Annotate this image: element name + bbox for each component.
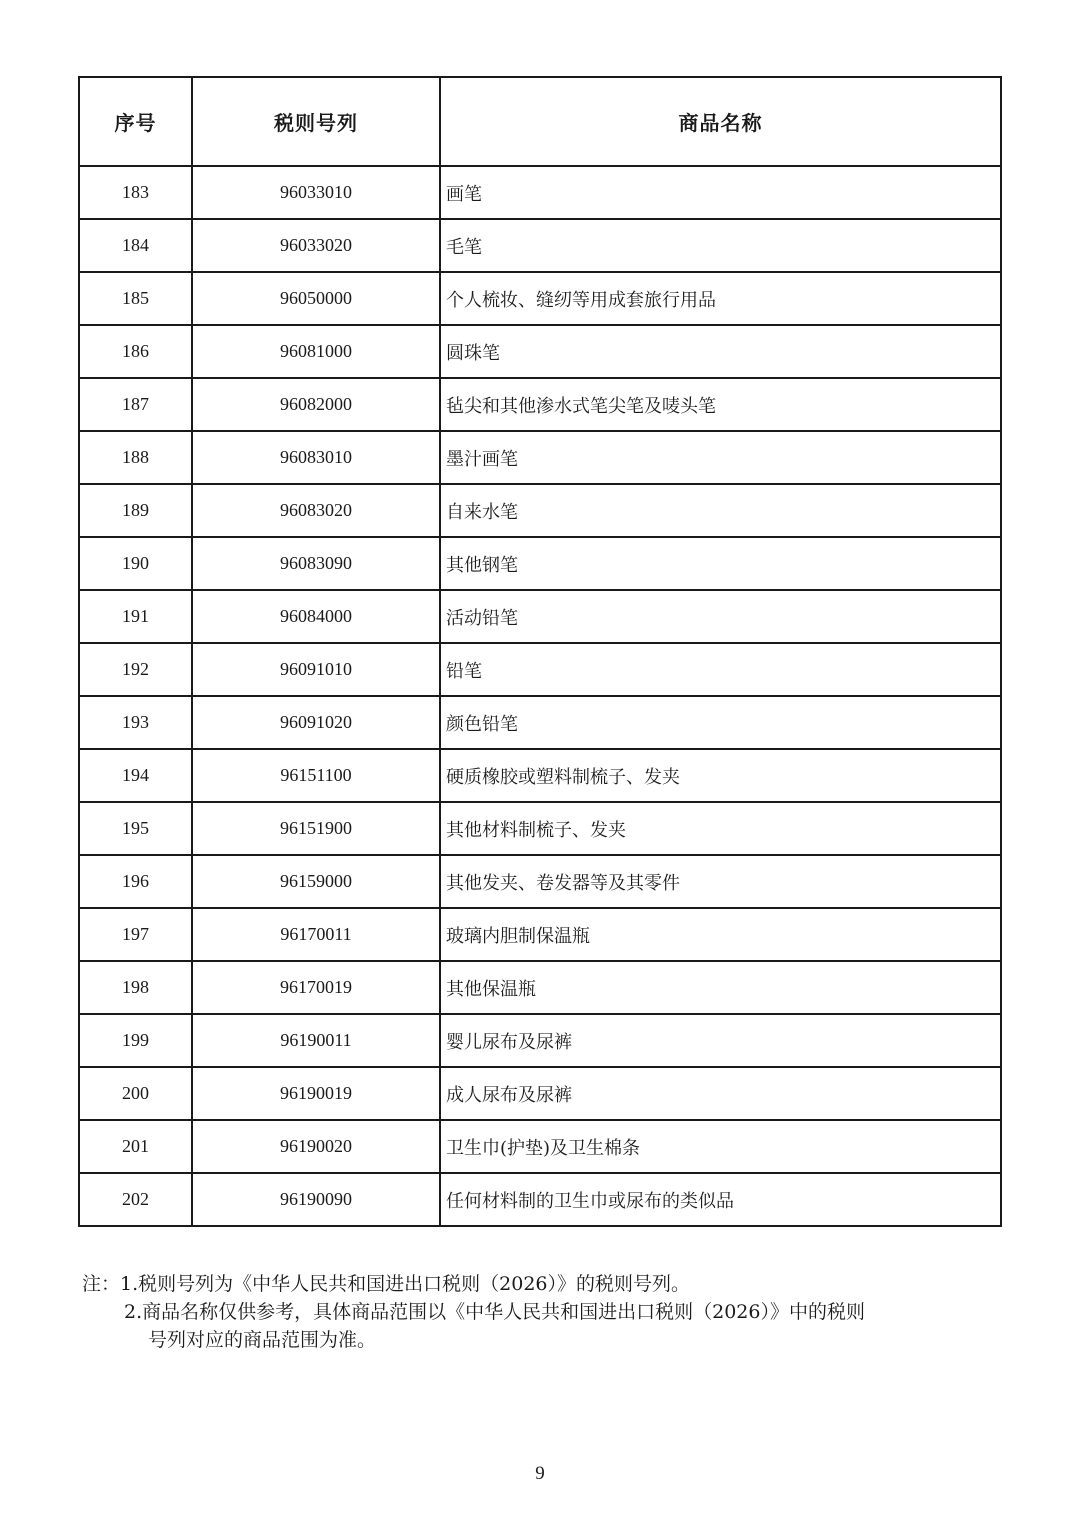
tariff-code-cell: 96084000 xyxy=(192,590,440,643)
tariff-code-cell: 96151100 xyxy=(192,749,440,802)
seq-cell: 183 xyxy=(79,166,192,219)
table-row: 20296190090任何材料制的卫生巾或尿布的类似品 xyxy=(79,1173,1001,1226)
product-name-cell: 婴儿尿布及尿裤 xyxy=(440,1014,1001,1067)
tariff-code-cell: 96083010 xyxy=(192,431,440,484)
tariff-table: 序号 税则号列 商品名称 18396033010画笔18496033020毛笔1… xyxy=(78,76,1002,1227)
product-name-cell: 墨汁画笔 xyxy=(440,431,1001,484)
tariff-code-cell: 96083090 xyxy=(192,537,440,590)
product-name-cell: 个人梳妆、缝纫等用成套旅行用品 xyxy=(440,272,1001,325)
product-name-cell: 其他材料制梳子、发夹 xyxy=(440,802,1001,855)
product-name-cell: 卫生巾(护垫)及卫生棉条 xyxy=(440,1120,1001,1173)
tariff-code-cell: 96190020 xyxy=(192,1120,440,1173)
table-row: 19596151900其他材料制梳子、发夹 xyxy=(79,802,1001,855)
seq-cell: 202 xyxy=(79,1173,192,1226)
note-item-1: 1.税则号列为《中华人民共和国进出口税则（2026）》的税则号列。 xyxy=(120,1273,690,1295)
tariff-code-cell: 96151900 xyxy=(192,802,440,855)
table-row: 18796082000毡尖和其他渗水式笔尖笔及唛头笔 xyxy=(79,378,1001,431)
tariff-code-cell: 96082000 xyxy=(192,378,440,431)
product-name-cell: 玻璃内胆制保温瓶 xyxy=(440,908,1001,961)
table-row: 19696159000其他发夹、卷发器等及其零件 xyxy=(79,855,1001,908)
table-row: 18396033010画笔 xyxy=(79,166,1001,219)
tariff-code-cell: 96033020 xyxy=(192,219,440,272)
notes-section: 注：1.税则号列为《中华人民共和国进出口税则（2026）》的税则号列。 2.商品… xyxy=(82,1270,1002,1354)
seq-cell: 194 xyxy=(79,749,192,802)
table-row: 19496151100硬质橡胶或塑料制梳子、发夹 xyxy=(79,749,1001,802)
header-row: 序号 税则号列 商品名称 xyxy=(79,77,1001,166)
table-row: 18896083010墨汁画笔 xyxy=(79,431,1001,484)
product-name-cell: 成人尿布及尿裤 xyxy=(440,1067,1001,1120)
product-name-cell: 活动铅笔 xyxy=(440,590,1001,643)
product-name-cell: 其他保温瓶 xyxy=(440,961,1001,1014)
product-name-cell: 画笔 xyxy=(440,166,1001,219)
tariff-code-cell: 96190019 xyxy=(192,1067,440,1120)
tariff-code-cell: 96170011 xyxy=(192,908,440,961)
seq-cell: 184 xyxy=(79,219,192,272)
product-name-cell: 颜色铅笔 xyxy=(440,696,1001,749)
table-row: 19196084000活动铅笔 xyxy=(79,590,1001,643)
table-row: 20096190019成人尿布及尿裤 xyxy=(79,1067,1001,1120)
product-name-cell: 任何材料制的卫生巾或尿布的类似品 xyxy=(440,1173,1001,1226)
product-name-cell: 铅笔 xyxy=(440,643,1001,696)
table-row: 19296091010铅笔 xyxy=(79,643,1001,696)
tariff-code-cell: 96170019 xyxy=(192,961,440,1014)
table-header: 序号 税则号列 商品名称 xyxy=(79,77,1001,166)
seq-cell: 193 xyxy=(79,696,192,749)
seq-cell: 187 xyxy=(79,378,192,431)
product-name-cell: 其他发夹、卷发器等及其零件 xyxy=(440,855,1001,908)
seq-cell: 185 xyxy=(79,272,192,325)
table-body: 18396033010画笔18496033020毛笔18596050000个人梳… xyxy=(79,166,1001,1226)
seq-cell: 201 xyxy=(79,1120,192,1173)
seq-cell: 189 xyxy=(79,484,192,537)
table-row: 19096083090其他钢笔 xyxy=(79,537,1001,590)
note-line-1: 注：1.税则号列为《中华人民共和国进出口税则（2026）》的税则号列。 xyxy=(82,1270,1002,1298)
product-name-cell: 毡尖和其他渗水式笔尖笔及唛头笔 xyxy=(440,378,1001,431)
tariff-code-cell: 96081000 xyxy=(192,325,440,378)
seq-cell: 190 xyxy=(79,537,192,590)
seq-cell: 196 xyxy=(79,855,192,908)
seq-cell: 197 xyxy=(79,908,192,961)
product-name-cell: 其他钢笔 xyxy=(440,537,1001,590)
seq-cell: 192 xyxy=(79,643,192,696)
seq-cell: 188 xyxy=(79,431,192,484)
note-item-2-continued: 号列对应的商品范围为准。 xyxy=(148,1329,376,1351)
table-row: 18596050000个人梳妆、缝纫等用成套旅行用品 xyxy=(79,272,1001,325)
header-code: 税则号列 xyxy=(192,77,440,166)
product-name-cell: 自来水笔 xyxy=(440,484,1001,537)
note-prefix: 注： xyxy=(82,1270,120,1298)
tariff-code-cell: 96033010 xyxy=(192,166,440,219)
table-row: 19896170019其他保温瓶 xyxy=(79,961,1001,1014)
document-page: 序号 税则号列 商品名称 18396033010画笔18496033020毛笔1… xyxy=(0,0,1080,1528)
seq-cell: 200 xyxy=(79,1067,192,1120)
table-row: 18996083020自来水笔 xyxy=(79,484,1001,537)
seq-cell: 191 xyxy=(79,590,192,643)
seq-cell: 198 xyxy=(79,961,192,1014)
tariff-code-cell: 96050000 xyxy=(192,272,440,325)
seq-cell: 195 xyxy=(79,802,192,855)
table-row: 19796170011玻璃内胆制保温瓶 xyxy=(79,908,1001,961)
seq-cell: 199 xyxy=(79,1014,192,1067)
page-number: 9 xyxy=(0,1463,1080,1485)
table-row: 18696081000圆珠笔 xyxy=(79,325,1001,378)
tariff-code-cell: 96159000 xyxy=(192,855,440,908)
tariff-code-cell: 96091020 xyxy=(192,696,440,749)
tariff-code-cell: 96091010 xyxy=(192,643,440,696)
note-line-3: 号列对应的商品范围为准。 xyxy=(82,1326,1002,1354)
product-name-cell: 硬质橡胶或塑料制梳子、发夹 xyxy=(440,749,1001,802)
tariff-code-cell: 96190090 xyxy=(192,1173,440,1226)
table-row: 19396091020颜色铅笔 xyxy=(79,696,1001,749)
note-item-2: 2.商品名称仅供参考，具体商品范围以《中华人民共和国进出口税则（2026）》中的… xyxy=(124,1301,865,1323)
note-line-2: 2.商品名称仅供参考，具体商品范围以《中华人民共和国进出口税则（2026）》中的… xyxy=(82,1298,1002,1326)
table-row: 19996190011婴儿尿布及尿裤 xyxy=(79,1014,1001,1067)
tariff-code-cell: 96190011 xyxy=(192,1014,440,1067)
product-name-cell: 圆珠笔 xyxy=(440,325,1001,378)
header-name: 商品名称 xyxy=(440,77,1001,166)
tariff-code-cell: 96083020 xyxy=(192,484,440,537)
table-row: 20196190020卫生巾(护垫)及卫生棉条 xyxy=(79,1120,1001,1173)
seq-cell: 186 xyxy=(79,325,192,378)
table-row: 18496033020毛笔 xyxy=(79,219,1001,272)
header-seq: 序号 xyxy=(79,77,192,166)
product-name-cell: 毛笔 xyxy=(440,219,1001,272)
